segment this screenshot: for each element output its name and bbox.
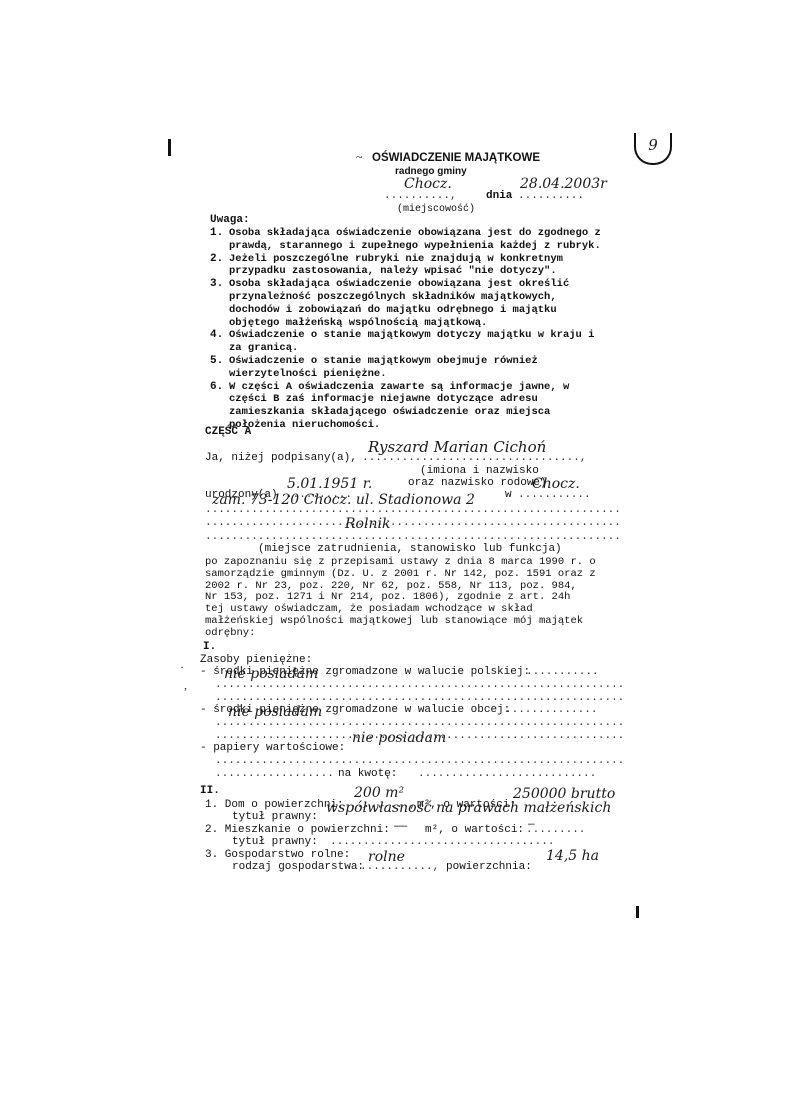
- securities-dots: ........................................…: [215, 755, 624, 768]
- note-number: 2.: [210, 253, 223, 266]
- note-line: przypadku zastosowania, należy wpisać "n…: [229, 265, 557, 278]
- note-line: W części A oświadczenia zawarte są infor…: [229, 381, 569, 394]
- address-handwritten: zam. 73-120 Chocz. ul. Stadionowa 2: [212, 492, 475, 508]
- place-handwritten: Chocz.: [404, 176, 452, 192]
- note-line: Jeżeli poszczególne rubryki nie znajdują…: [229, 253, 563, 266]
- flat-title-label: tytuł prawny:: [232, 836, 318, 849]
- date-label: dnia: [486, 190, 512, 203]
- page-number: 9: [648, 136, 658, 154]
- note-line: części B zaś informacje niejawne dotyczą…: [229, 393, 538, 406]
- document-title: OŚWIADCZENIE MAJĄTKOWE: [372, 152, 540, 164]
- flat-value-handwritten: —: [528, 819, 535, 832]
- signed-label: Ja, niżej podpisany(a),: [205, 452, 357, 465]
- note-number: 6.: [210, 381, 223, 394]
- note-line: dochodów i zobowiązań do majątku odrębne…: [229, 304, 557, 317]
- amount-dots: ...........................: [418, 768, 596, 781]
- securities-label: - papiery wartościowe:: [200, 742, 345, 755]
- occupation-caption: (miejsce zatrudnienia, stanowisko lub fu…: [258, 543, 562, 556]
- note-line: Osoba składająca oświadczenie obowiązana…: [229, 278, 569, 291]
- note-number: 3.: [210, 278, 223, 291]
- scan-speck: ,: [184, 678, 187, 693]
- farm-type-label: rodzaj gospodarstwa:: [232, 861, 364, 874]
- flat-area-handwritten: ——: [394, 821, 407, 834]
- name-handwritten: Ryszard Marian Cichoń: [368, 438, 546, 456]
- farm-area-label: powierzchnia:: [446, 861, 532, 874]
- statement-line: małżeńskiej wspólności majątkowej lub st…: [205, 615, 583, 628]
- page-number-circle: 9: [634, 133, 672, 165]
- note-number: 5.: [210, 355, 223, 368]
- occupation-handwritten: Rolnik: [345, 516, 390, 532]
- house-title-handwritten: współwłasność na prawach małżeńskich: [326, 800, 611, 816]
- foreign-currency-dots: ..............: [505, 704, 597, 717]
- note-line: Osoba składająca oświadczenie obowiązana…: [229, 227, 601, 240]
- securities-handwritten: nie posiadam: [352, 730, 446, 746]
- date-handwritten: 28.04.2003r: [520, 176, 607, 192]
- amount-dots-left: ..................: [215, 768, 334, 781]
- section-1-heading: I.: [203, 641, 216, 654]
- section-2-heading: II.: [200, 785, 220, 798]
- born-place-handwritten: Chocz.: [532, 476, 580, 492]
- house-area-handwritten: 200 m²: [354, 785, 404, 801]
- note-line: wierzytelności pieniężne.: [229, 368, 387, 381]
- farm-type-handwritten: rolne: [368, 849, 405, 865]
- part-a-heading: CZĘŚĆ A: [205, 426, 251, 439]
- notes-heading: Uwaga:: [210, 214, 250, 227]
- note-number: 1.: [210, 227, 223, 240]
- born-in-label: w: [505, 489, 512, 502]
- place-caption: (miejscowość): [397, 203, 475, 216]
- note-line: za granicą.: [229, 342, 298, 355]
- note-line: przynależność poszczególnych składników …: [229, 291, 557, 304]
- farm-area-handwritten: 14,5 ha: [546, 848, 599, 864]
- scan-speck: ·: [180, 660, 184, 675]
- note-line: prawdą, starannego i zupełnego wypełnien…: [229, 240, 601, 253]
- left-margin-mark: [168, 139, 171, 156]
- polish-currency-handwritten: nie posiadam: [224, 666, 318, 682]
- note-line: Oświadczenie o stanie majątkowym dotyczy…: [229, 329, 594, 342]
- note-line: Oświadczenie o stanie majątkowym obejmuj…: [229, 355, 538, 368]
- house-title-label: tytuł prawny:: [232, 811, 318, 824]
- address-dots-2: ........................................…: [205, 517, 621, 530]
- born-date-handwritten: 5.01.1951 r.: [287, 476, 372, 492]
- note-line: zamieszkania składającego oświadczenie o…: [229, 406, 550, 419]
- right-margin-mark: [636, 906, 639, 918]
- note-line: objętego małżeńską wspólnością majątkową…: [229, 317, 487, 330]
- flat-title-dots: ..................................: [330, 836, 554, 849]
- note-line: położenia nieruchomości.: [229, 419, 380, 432]
- scan-speck: ~: [356, 150, 363, 165]
- note-number: 4.: [210, 329, 223, 342]
- polish-currency-dots: ...........: [526, 666, 599, 679]
- amount-label: na kwotę:: [338, 768, 397, 781]
- foreign-currency-handwritten: nie posiadam: [228, 704, 322, 720]
- statement-line: odrębny:: [205, 627, 255, 640]
